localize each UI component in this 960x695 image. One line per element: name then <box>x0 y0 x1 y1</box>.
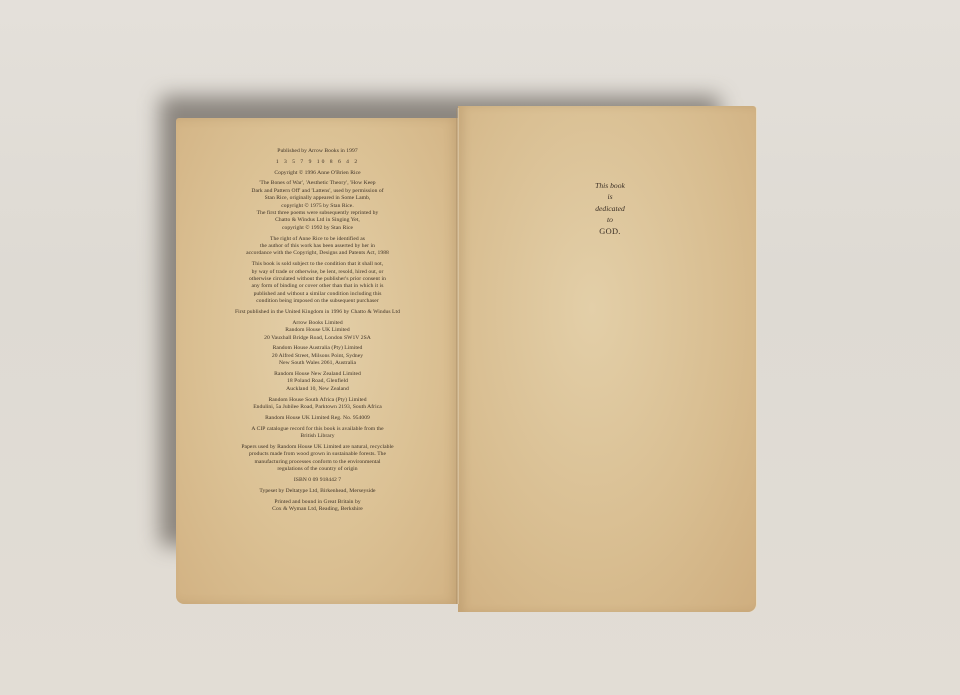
imprint-line: Random House UK Limited Reg. No. 954009 <box>176 415 459 422</box>
imprint-paragraph: First published in the United Kingdom in… <box>176 309 459 316</box>
imprint-line: This book is sold subject to the conditi… <box>176 261 459 268</box>
imprint-paragraph: Random House New Zealand Limited18 Polan… <box>176 371 459 393</box>
imprint-paragraph: Copyright © 1996 Anne O'Brien Rice <box>176 170 459 177</box>
dedication-line: to <box>588 214 632 225</box>
imprint-line: Copyright © 1996 Anne O'Brien Rice <box>176 170 459 177</box>
imprint-paragraph: Printed and bound in Great Britain byCox… <box>176 499 459 514</box>
imprint-paragraph: Random House Australia (Pty) Limited20 A… <box>176 345 459 367</box>
imprint-line: Typeset by Deltatype Ltd, Birkenhead, Me… <box>176 488 459 495</box>
copyright-imprint: Published by Arrow Books in 19971 3 5 7 … <box>176 148 459 517</box>
book-spine <box>456 108 459 604</box>
dedication-page: This book is dedicated to GOD. <box>458 106 756 612</box>
imprint-line: published and without a similar conditio… <box>176 291 459 298</box>
imprint-paragraph: Papers used by Random House UK Limited a… <box>176 444 459 474</box>
imprint-line: 'The Bones of War', 'Aesthetic Theory', … <box>176 180 459 187</box>
imprint-line: First published in the United Kingdom in… <box>176 309 459 316</box>
imprint-line: any form of binding or cover other than … <box>176 283 459 290</box>
imprint-paragraph: Random House South Africa (Pty) LimitedE… <box>176 397 459 412</box>
imprint-line: Random House Australia (Pty) Limited <box>176 345 459 352</box>
imprint-line: 1 3 5 7 9 10 8 6 4 2 <box>176 159 459 166</box>
imprint-line: products made from wood grown in sustain… <box>176 451 459 458</box>
imprint-line: by way of trade or otherwise, be lent, r… <box>176 269 459 276</box>
dedication-text: This book is dedicated to GOD. <box>588 180 632 237</box>
imprint-line: New South Wales 2061, Australia <box>176 360 459 367</box>
imprint-line: Printed and bound in Great Britain by <box>176 499 459 506</box>
imprint-paragraph: The right of Anne Rice to be identified … <box>176 236 459 258</box>
imprint-line: Chatto & Windus Ltd in Singing Yet, <box>176 217 459 224</box>
imprint-line: copyright © 1992 by Stan Rice <box>176 225 459 232</box>
dedication-line: dedicated <box>588 203 632 214</box>
imprint-line: Random House South Africa (Pty) Limited <box>176 397 459 404</box>
imprint-line: 18 Poland Road, Glenfield <box>176 378 459 385</box>
imprint-line: Stan Rice, originally appeared in Some L… <box>176 195 459 202</box>
imprint-line: copyright © 1975 by Stan Rice. <box>176 203 459 210</box>
imprint-line: the author of this work has been asserte… <box>176 243 459 250</box>
imprint-line: Endulini, 5a Jubilee Road, Parktown 2193… <box>176 404 459 411</box>
imprint-line: A CIP catalogue record for this book is … <box>176 426 459 433</box>
imprint-line: Published by Arrow Books in 1997 <box>176 148 459 155</box>
dedication-line: This book <box>588 180 632 191</box>
imprint-line: Cox & Wyman Ltd, Reading, Berkshire <box>176 506 459 513</box>
imprint-line: Arrow Books Limited <box>176 320 459 327</box>
imprint-line: condition being imposed on the subsequen… <box>176 298 459 305</box>
imprint-paragraph: Arrow Books LimitedRandom House UK Limit… <box>176 320 459 342</box>
imprint-line: The right of Anne Rice to be identified … <box>176 236 459 243</box>
dedication-line: is <box>588 191 632 202</box>
dedication-line: GOD. <box>588 226 632 237</box>
imprint-paragraph: A CIP catalogue record for this book is … <box>176 426 459 441</box>
imprint-paragraph: This book is sold subject to the conditi… <box>176 261 459 305</box>
imprint-line: Random House UK Limited <box>176 327 459 334</box>
imprint-line: accordance with the Copyright, Designs a… <box>176 250 459 257</box>
imprint-line: 20 Alfred Street, Milsons Point, Sydney <box>176 353 459 360</box>
imprint-paragraph: ISBN 0 09 918442 7 <box>176 477 459 484</box>
imprint-paragraph: 'The Bones of War', 'Aesthetic Theory', … <box>176 180 459 232</box>
imprint-paragraph: Random House UK Limited Reg. No. 954009 <box>176 415 459 422</box>
imprint-line: manufacturing processes conform to the e… <box>176 459 459 466</box>
imprint-line: Dark and Pattern Off' and 'Lattens', use… <box>176 188 459 195</box>
imprint-paragraph: Published by Arrow Books in 1997 <box>176 148 459 155</box>
imprint-line: The first three poems were subsequently … <box>176 210 459 217</box>
imprint-line: 20 Vauxhall Bridge Road, London SW1V 2SA <box>176 335 459 342</box>
imprint-paragraph: Typeset by Deltatype Ltd, Birkenhead, Me… <box>176 488 459 495</box>
imprint-line: regulations of the country of origin <box>176 466 459 473</box>
imprint-line: British Library <box>176 433 459 440</box>
imprint-line: ISBN 0 09 918442 7 <box>176 477 459 484</box>
imprint-paragraph: 1 3 5 7 9 10 8 6 4 2 <box>176 159 459 166</box>
imprint-line: Auckland 10, New Zealand <box>176 386 459 393</box>
copyright-page: Published by Arrow Books in 19971 3 5 7 … <box>176 118 459 604</box>
